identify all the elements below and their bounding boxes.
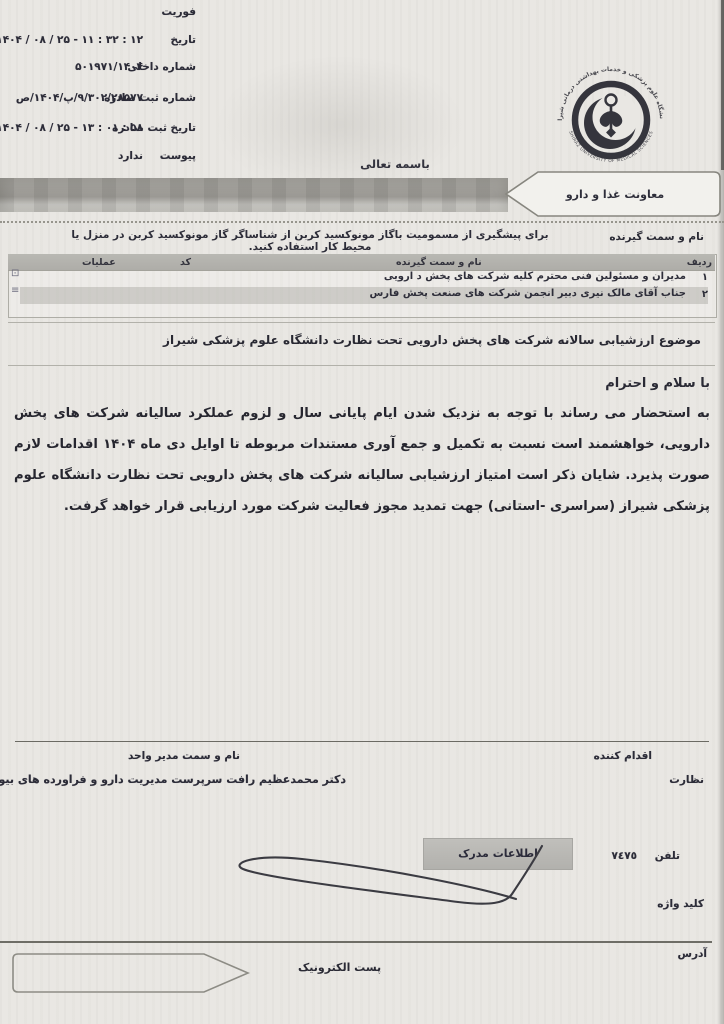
attachment-value: ندارد	[118, 150, 143, 162]
subject-line: موضوع ارزشیابی سالانه شرکت های پخش داروی…	[8, 322, 715, 366]
address-label: آدرس	[677, 948, 707, 960]
issued-no-value: ص/۱۴۰۴/پ/۹/۳۰۲/۲۸۵۷۷	[16, 92, 143, 104]
watermark-ghost	[215, 55, 465, 195]
salutation: با سلام و احترام	[14, 376, 710, 391]
date-label: تاریخ	[171, 34, 196, 46]
signoff-divider	[15, 741, 709, 742]
col-row: ردیف	[687, 257, 712, 268]
scanned-letter-page: فوریت تاریخ ۱۴۰۴ / ۰۸ / ۲۵ - ۱۱ : ۳۲ : ۱…	[0, 0, 724, 1024]
actor-label: اقدام کننده	[594, 750, 652, 762]
safety-notice: برای پیشگیری از مسمومیت باگاز مونوکسید ک…	[70, 229, 550, 253]
col-name: نام و سمت گیرنده	[396, 257, 482, 268]
phone-value: ٧٤٧٥	[611, 850, 637, 862]
deputy-banner-label: معاونت غذا و دارو	[540, 188, 690, 201]
besmele-text: باسمه تعالی	[330, 157, 460, 171]
supervision-label: نظارت	[669, 774, 704, 786]
internal-no-value: ۵۰۱۹۷۱/۱۴۰۴	[75, 61, 143, 73]
footer-divider	[0, 941, 712, 943]
email-chevron-box	[10, 951, 254, 995]
print-icon[interactable]: ⊡	[11, 269, 19, 279]
dotted-separator	[0, 221, 724, 223]
email-label: پست الکترونیک	[298, 961, 381, 974]
col-ops: عملیات	[82, 257, 116, 268]
recipient-name: مدیران و مسئولین فنی محترم کلیه شرکت های…	[384, 271, 686, 282]
banner-bar	[0, 178, 508, 212]
recipient-label: نام و سمت گیرنده	[609, 231, 704, 243]
issued-date-value: ۱۴۰۴ / ۰۸ / ۲۵ - ۱۳ : ۰۱ : ۵۸	[0, 122, 143, 134]
recipient-name: جناب آقای مالک نیری دبیر انجمن شرکت های …	[370, 288, 687, 299]
col-code: کد	[180, 257, 191, 268]
urgency-label: فوریت	[161, 6, 196, 18]
letter-body: با سلام و احترام به استحضار می رساند با …	[14, 376, 710, 522]
body-paragraph: به استحضار می رساند با توجه به نزدیک شدن…	[14, 398, 710, 522]
keyword-label: کلید واژه	[657, 898, 704, 910]
row-number: ۱	[702, 272, 708, 283]
manager-name: دکتر محمدعظیم رافت سرپرست مدیریت دارو و …	[0, 773, 346, 786]
phone-row: تلفن ٧٤٧٥	[611, 850, 680, 862]
attachment-label: پیوست	[160, 150, 196, 162]
signature-scribble	[222, 842, 562, 916]
row-number: ۲	[702, 289, 708, 300]
phone-label: تلفن	[655, 850, 680, 862]
date-value: ۱۴۰۴ / ۰۸ / ۲۵ - ۱۱ : ۳۲ : ۱۲	[0, 34, 143, 46]
university-seal-icon: دانشگاه علوم پزشکی و خدمات بهداشتی درمان…	[552, 56, 670, 174]
unit-manager-label: نام و سمت مدیر واحد	[128, 750, 240, 762]
list-icon[interactable]: ≡	[11, 286, 19, 296]
